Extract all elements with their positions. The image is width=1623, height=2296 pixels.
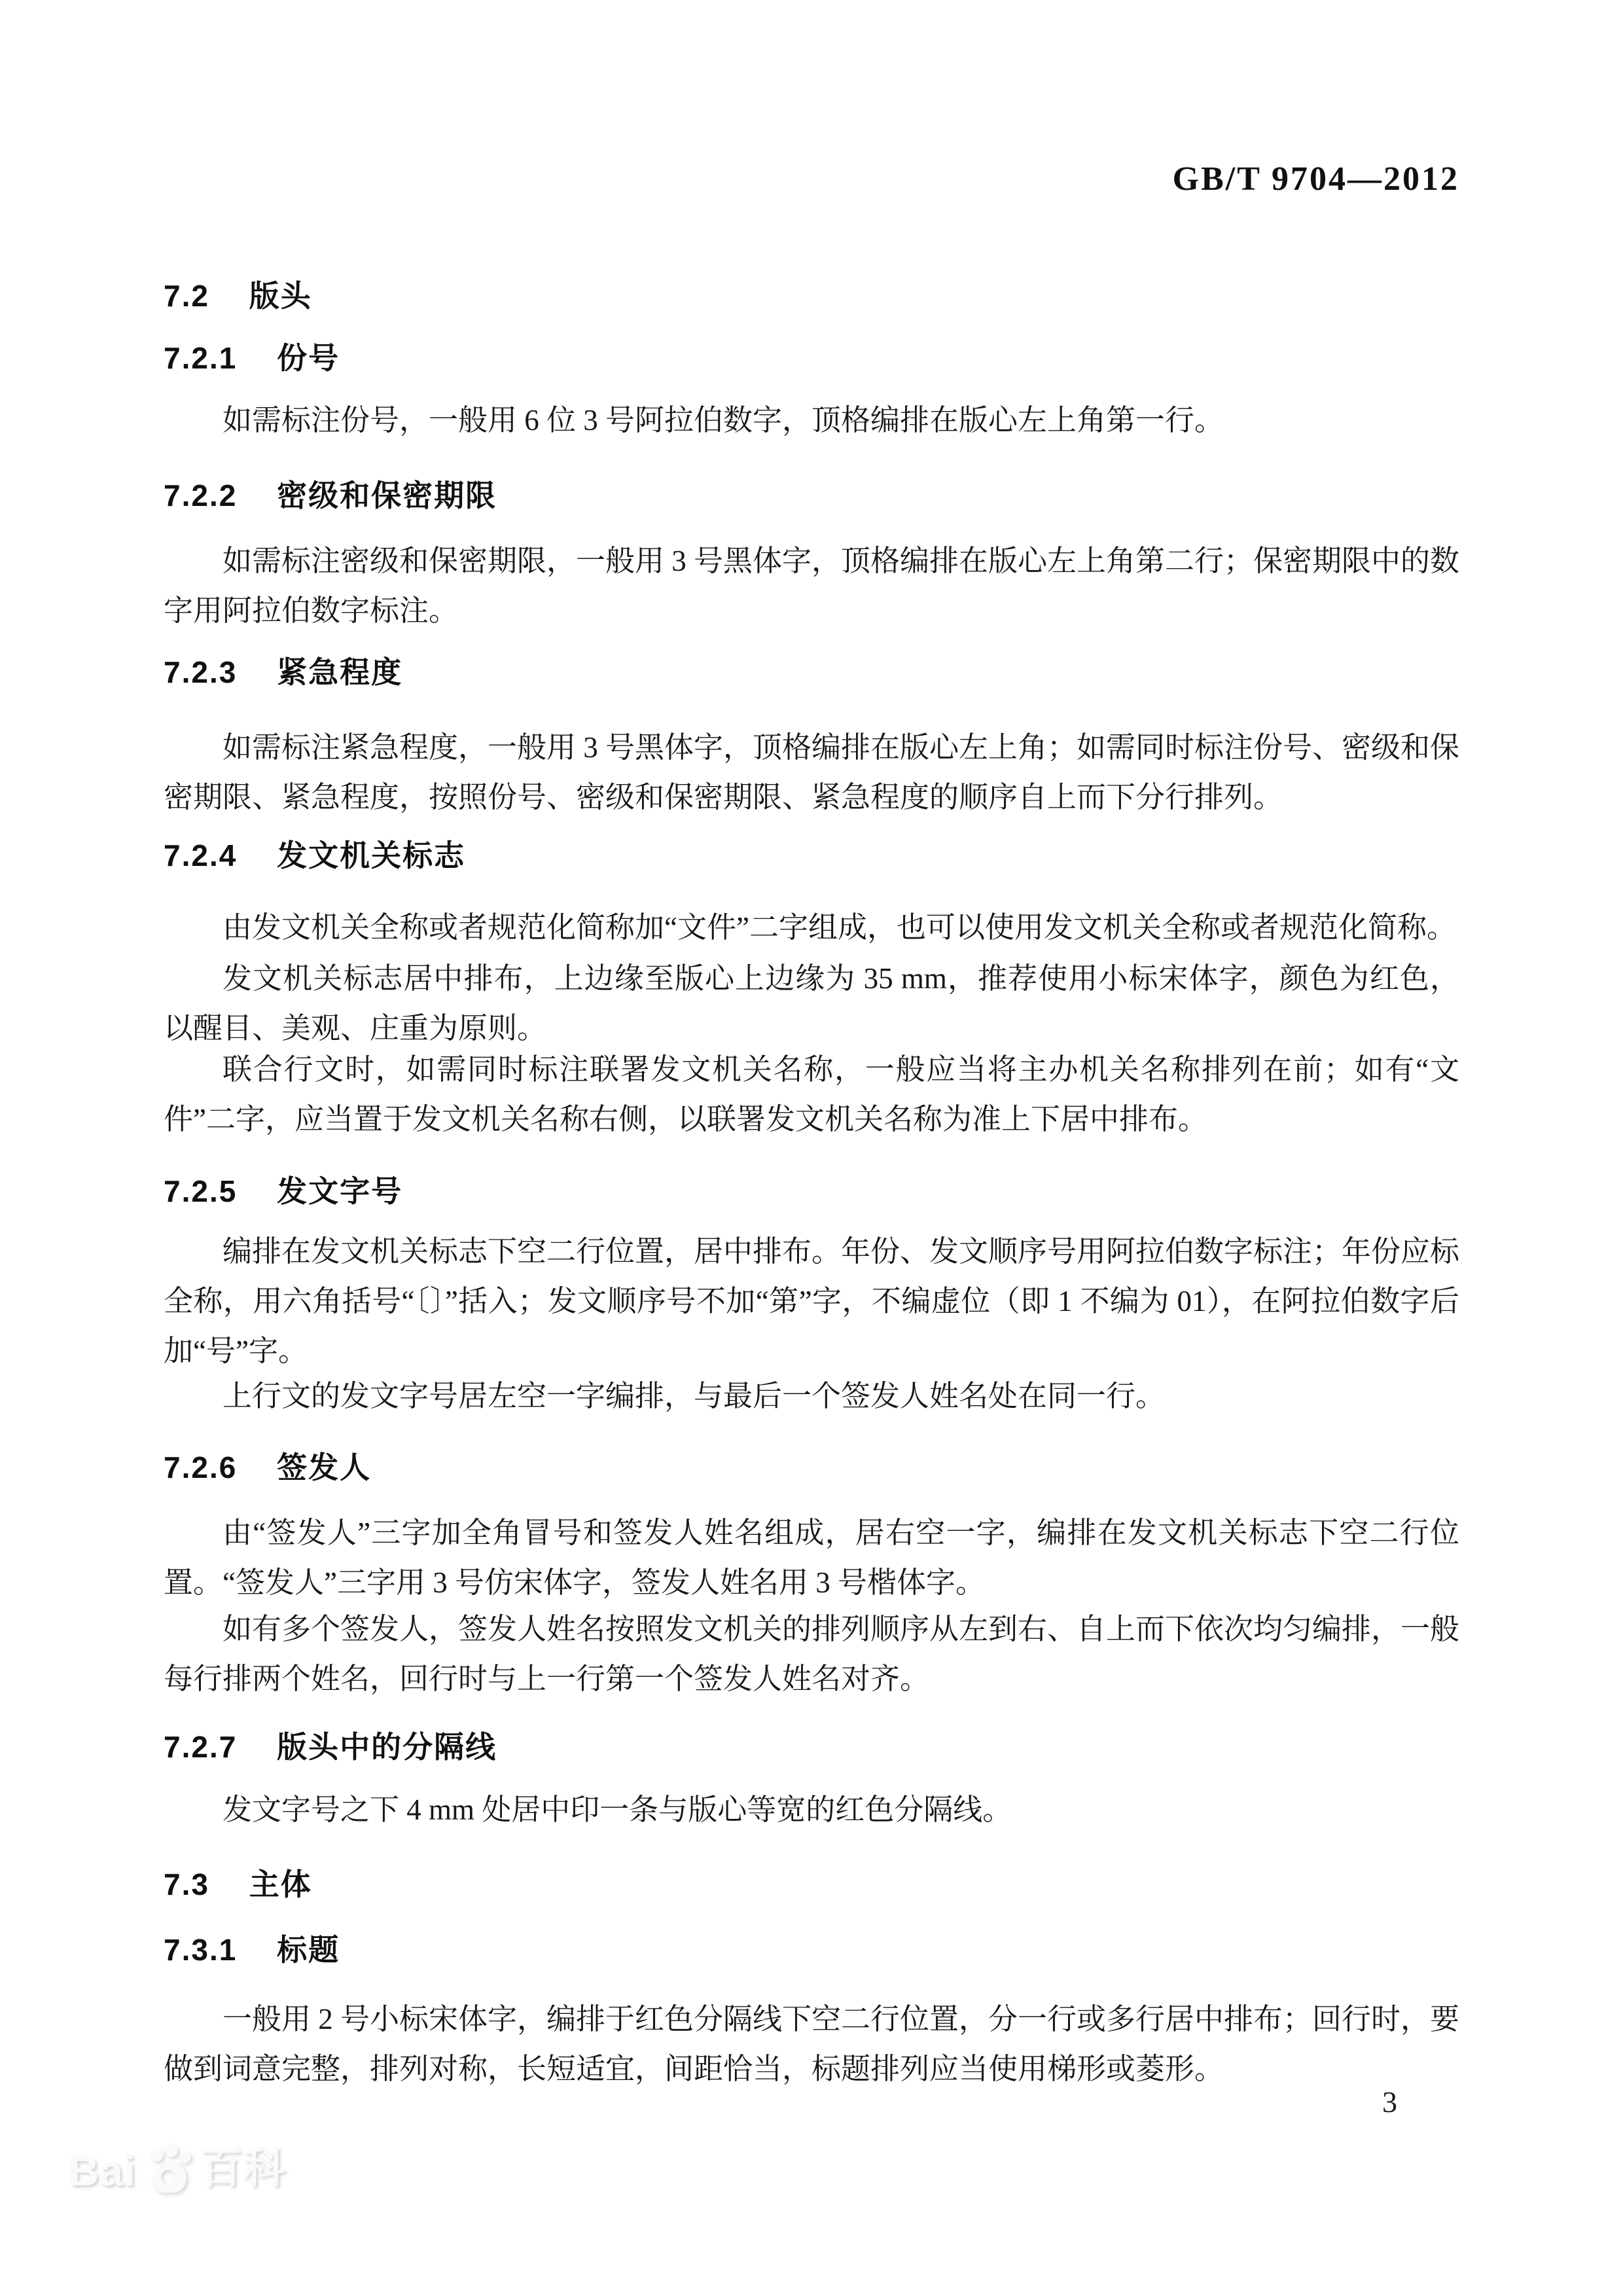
section-title: 签发人 — [277, 1443, 371, 1492]
paragraph: 如有多个签发人，签发人姓名按照发文机关的排列顺序从左到右、自上而下依次均匀编排，… — [164, 1604, 1459, 1704]
section-number: 7.3.1 — [164, 1925, 237, 1975]
paragraph: 上行文的发文字号居左空一字编排，与最后一个签发人姓名处在同一行。 — [164, 1371, 1459, 1421]
section-number: 7.2.5 — [164, 1166, 237, 1216]
document-page: GB/T 9704—2012 7.2 版头 7.2.1 份号 如需标注份号，一般… — [0, 0, 1623, 2296]
section-heading-7-2-5: 7.2.5 发文字号 — [164, 1166, 1459, 1216]
paragraph: 由发文机关全称或者规范化简称加“文件”二字组成，也可以使用发文机关全称或者规范化… — [164, 903, 1459, 952]
section-number: 7.2.6 — [164, 1443, 237, 1492]
paragraph: 一般用 2 号小标宋体字，编排于红色分隔线下空二行位置，分一行或多行居中排布；回… — [164, 1994, 1459, 2094]
paw-icon — [140, 2143, 196, 2199]
section-heading-7-2: 7.2 版头 — [164, 271, 1459, 321]
watermark-text-latin: Bai — [69, 2147, 136, 2195]
paragraph: 联合行文时，如需同时标注联署发文机关名称，一般应当将主办机关名称排列在前；如有“… — [164, 1045, 1459, 1144]
section-heading-7-2-7: 7.2.7 版头中的分隔线 — [164, 1722, 1459, 1772]
paragraph: 如需标注份号，一般用 6 位 3 号阿拉伯数字，顶格编排在版心左上角第一行。 — [164, 395, 1459, 445]
section-number: 7.2.3 — [164, 647, 237, 697]
section-heading-7-2-2: 7.2.2 密级和保密期限 — [164, 471, 1459, 520]
paragraph: 编排在发文机关标志下空二行位置，居中排布。年份、发文顺序号用阿拉伯数字标注；年份… — [164, 1227, 1459, 1376]
paragraph: 发文字号之下 4 mm 处居中印一条与版心等宽的红色分隔线。 — [164, 1785, 1459, 1835]
section-heading-7-2-6: 7.2.6 签发人 — [164, 1443, 1459, 1492]
section-number: 7.2 — [164, 271, 209, 321]
section-number: 7.2.4 — [164, 831, 237, 880]
section-title: 版头 — [249, 271, 312, 321]
section-title: 紧急程度 — [277, 647, 402, 697]
section-number: 7.2.7 — [164, 1722, 237, 1772]
paragraph: 如需标注密级和保密期限，一般用 3 号黑体字，顶格编排在版心左上角第二行；保密期… — [164, 536, 1459, 636]
paragraph: 如需标注紧急程度，一般用 3 号黑体字，顶格编排在版心左上角；如需同时标注份号、… — [164, 723, 1459, 822]
section-title: 份号 — [277, 333, 340, 383]
section-number: 7.3 — [164, 1859, 209, 1909]
section-heading-7-2-3: 7.2.3 紧急程度 — [164, 647, 1459, 697]
section-title: 密级和保密期限 — [277, 471, 497, 520]
baidu-baike-watermark: Bai 百科 — [69, 2135, 287, 2195]
page-number: 3 — [1382, 2085, 1397, 2119]
section-heading-7-3: 7.3 主体 — [164, 1859, 1459, 1909]
section-title: 发文字号 — [277, 1166, 402, 1216]
section-heading-7-2-4: 7.2.4 发文机关标志 — [164, 831, 1459, 880]
section-title: 主体 — [249, 1859, 312, 1909]
standard-code-header: GB/T 9704—2012 — [1173, 160, 1459, 198]
watermark-text-cjk: 百科 — [200, 2135, 287, 2195]
section-heading-7-2-1: 7.2.1 份号 — [164, 333, 1459, 383]
section-title: 发文机关标志 — [277, 831, 465, 880]
paragraph: 由“签发人”三字加全角冒号和签发人姓名组成，居右空一字，编排在发文机关标志下空二… — [164, 1508, 1459, 1607]
paragraph: 发文机关标志居中排布，上边缘至版心上边缘为 35 mm，推荐使用小标宋体字，颜色… — [164, 954, 1459, 1053]
section-heading-7-3-1: 7.3.1 标题 — [164, 1925, 1459, 1975]
section-number: 7.2.1 — [164, 333, 237, 383]
section-number: 7.2.2 — [164, 471, 237, 520]
section-title: 版头中的分隔线 — [277, 1722, 497, 1772]
section-title: 标题 — [277, 1925, 340, 1975]
